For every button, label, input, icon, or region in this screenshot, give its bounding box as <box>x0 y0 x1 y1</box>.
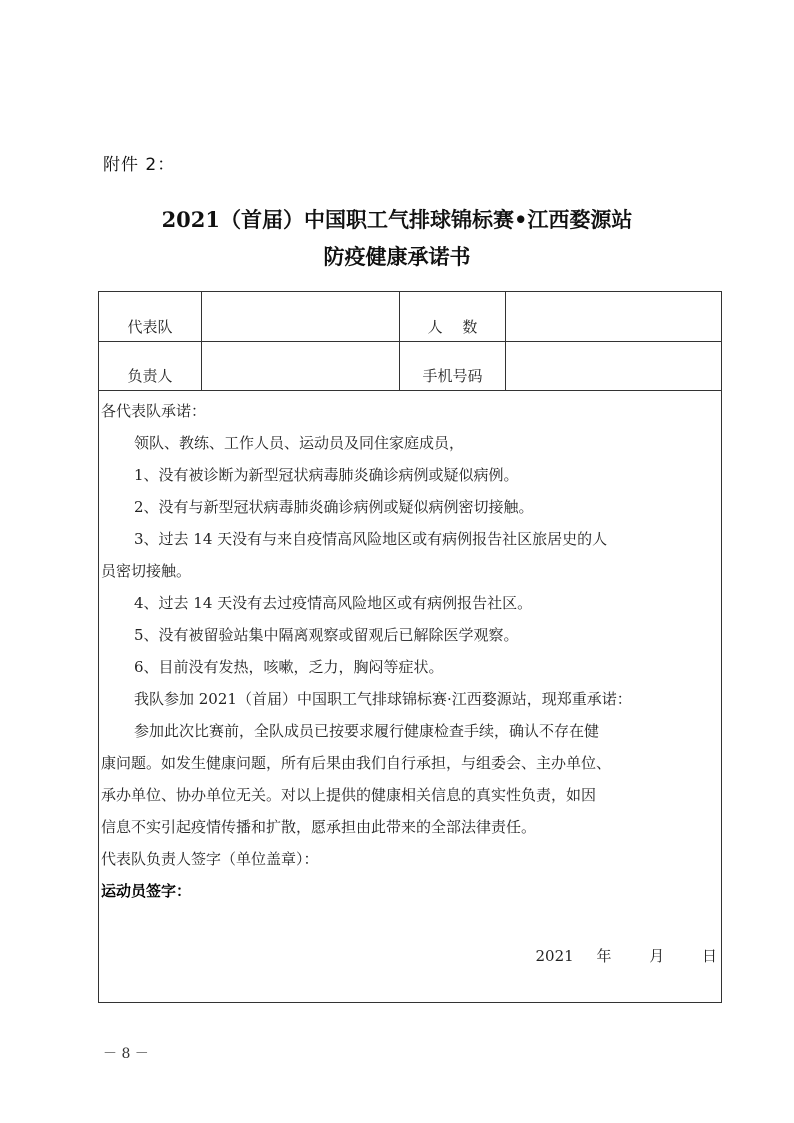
attachment-label: 附件 2： <box>103 150 175 175</box>
athlete-signature-label: 运动员签字： <box>101 880 191 901</box>
pledge-line: 康问题。如发生健康问题，所有后果由我们自行承担，与组委会、主办单位、 <box>101 752 611 773</box>
pledge-line: 参加此次比赛前，全队成员已按要求履行健康检查手续，确认不存在健 <box>134 720 599 741</box>
pledge-line: 4、过去 14 天没有去过疫情高风险地区或有病例报告社区。 <box>134 592 532 613</box>
headcount-label: 人 数 <box>400 292 506 341</box>
leader-field[interactable] <box>202 341 400 390</box>
pledge-line: 2、没有与新型冠状病毒肺炎确诊病例或疑似病例密切接触。 <box>134 496 534 517</box>
phone-label: 手机号码 <box>400 341 506 390</box>
pledge-line: 5、没有被留验站集中隔离观察或留观后已解除医学观察。 <box>134 624 519 645</box>
pledge-line: 6、目前没有发热，咳嗽，乏力，胸闷等症状。 <box>134 656 444 677</box>
form-row-leader: 负责人 手机号码 <box>99 341 721 391</box>
pledge-heading: 各代表队承诺： <box>101 400 206 421</box>
page-number: － 8 － <box>103 1043 149 1063</box>
phone-field[interactable] <box>506 341 721 390</box>
pledge-line: 3、过去 14 天没有与来自疫情高风险地区或有病例报告社区旅居史的人 <box>134 528 607 549</box>
pledge-line: 信息不实引起疫情传播和扩散，愿承担由此带来的全部法律责任。 <box>101 816 536 837</box>
pledge-line: 我队参加 2021（首届）中国职工气排球锦标赛·江西婺源站，现郑重承诺： <box>134 688 632 709</box>
pledge-line: 1、没有被诊断为新型冠状病毒肺炎确诊病例或疑似病例。 <box>134 464 519 485</box>
leader-signature-label: 代表队负责人签字（单位盖章）： <box>101 848 319 869</box>
headcount-field[interactable] <box>506 292 721 341</box>
document-subtitle: 防疫健康承诺书 <box>0 241 794 271</box>
pledge-line: 领队、教练、工作人员、运动员及同住家庭成员， <box>134 432 464 453</box>
pledge-line: 承办单位、协办单位无关。对以上提供的健康相关信息的真实性负责，如因 <box>101 784 596 805</box>
document-title: 2021（首届）中国职工气排球锦标赛•江西婺源站 <box>0 204 794 234</box>
team-field[interactable] <box>202 292 400 341</box>
leader-label: 负责人 <box>99 341 202 390</box>
team-label: 代表队 <box>99 292 202 341</box>
pledge-form-table: 代表队 人 数 负责人 手机号码 各代表队承诺： 领队、教练、工作人员、运动员及… <box>98 291 722 1003</box>
pledge-line: 员密切接触。 <box>101 560 191 581</box>
date-line: 2021 年 月 日 <box>536 945 717 966</box>
form-row-team: 代表队 人 数 <box>99 292 721 342</box>
